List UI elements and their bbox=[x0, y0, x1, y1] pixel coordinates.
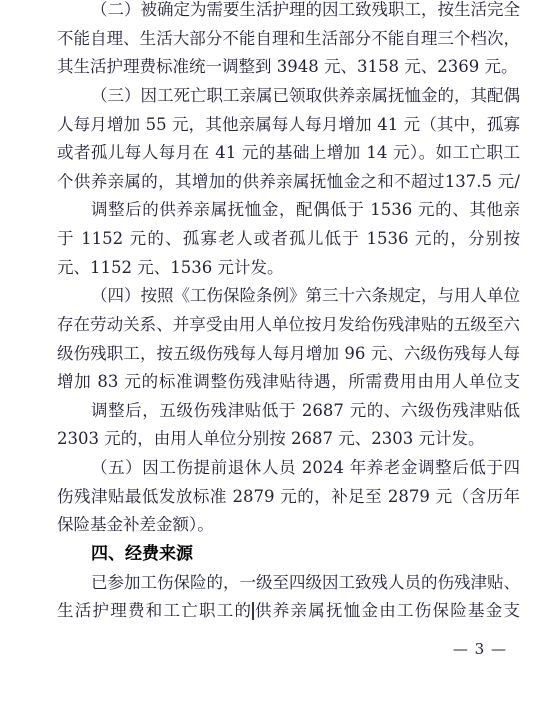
paragraph-line: （三）因工死亡职工亲属已领取供养亲属抚恤金的，其配偶每 bbox=[57, 82, 520, 111]
paragraph-line: 个供养亲属的，其增加的供养亲属抚恤金之和不超过137.5 元/月。 bbox=[57, 168, 520, 197]
paragraph-line: 元、1152 元、1536 元计发。 bbox=[57, 254, 520, 283]
paragraph-line: 增加 83 元的标准调整伤残津贴待遇，所需费用由用人单位支付。 bbox=[57, 368, 520, 397]
paragraph-line: 其生活护理费标准统一调整到 3948 元、3158 元、2369 元。 bbox=[57, 53, 520, 82]
paragraph-line: （四）按照《工伤保险条例》第三十六条规定，与用人单位 bbox=[57, 282, 520, 311]
paragraph-line: 伤残津贴最低发放标准 2879 元的，补足至 2879 元（含历年工伤 bbox=[57, 483, 520, 512]
text-before-caret: 生活护理费和工亡职工的 bbox=[57, 601, 252, 620]
paragraph-line: 不能自理、生活大部分不能自理和生活部分不能自理三个档次， bbox=[57, 25, 520, 54]
paragraph-line: 已参加工伤保险的，一级至四级因工致残人员的伤残津贴、 bbox=[57, 569, 520, 598]
page-number: — 3 — bbox=[453, 638, 507, 660]
paragraph-line-with-caret: 生活护理费和工亡职工的供养亲属抚恤金由工伤保险基金支付， bbox=[57, 597, 520, 626]
paragraph-line: 调整后的供养亲属抚恤金，配偶低于 1536 元的、其他亲属低 bbox=[57, 196, 520, 225]
paragraph-line: 或者孤儿每人每月在 41 元的基础上增加 14 元）。如工亡职工有多 bbox=[57, 139, 520, 168]
paragraph-line: 级伤残职工，按五级伤残每人每月增加 96 元、六级伤残每人每月 bbox=[57, 340, 520, 369]
document-page: （二）被确定为需要生活护理的因工致残职工，按生活完全 不能自理、生活大部分不能自… bbox=[0, 0, 540, 705]
section-heading: 四、经费来源 bbox=[57, 540, 520, 569]
document-body[interactable]: （二）被确定为需要生活护理的因工致残职工，按生活完全 不能自理、生活大部分不能自… bbox=[57, 0, 520, 626]
paragraph-line: （二）被确定为需要生活护理的因工致残职工，按生活完全 bbox=[57, 0, 520, 25]
paragraph-line: 存在劳动关系、并享受由用人单位按月发给伤残津贴的五级至六 bbox=[57, 311, 520, 340]
paragraph-line: 2303 元的，由用人单位分别按 2687 元、2303 元计发。 bbox=[57, 425, 520, 454]
paragraph-line: 于 1152 元的、孤寡老人或者孤儿低于 1536 元的，分别按 1536 bbox=[57, 225, 520, 254]
paragraph-line: （五）因工伤提前退休人员 2024 年养老金调整后低于四级 bbox=[57, 454, 520, 483]
paragraph-line: 人每月增加 55 元，其他亲属每人每月增加 41 元（其中，孤寡老人 bbox=[57, 111, 520, 140]
paragraph-line: 调整后，五级伤残津贴低于 2687 元的、六级伤残津贴低于 bbox=[57, 397, 520, 426]
paragraph-line: 保险基金补差金额）。 bbox=[57, 511, 520, 540]
